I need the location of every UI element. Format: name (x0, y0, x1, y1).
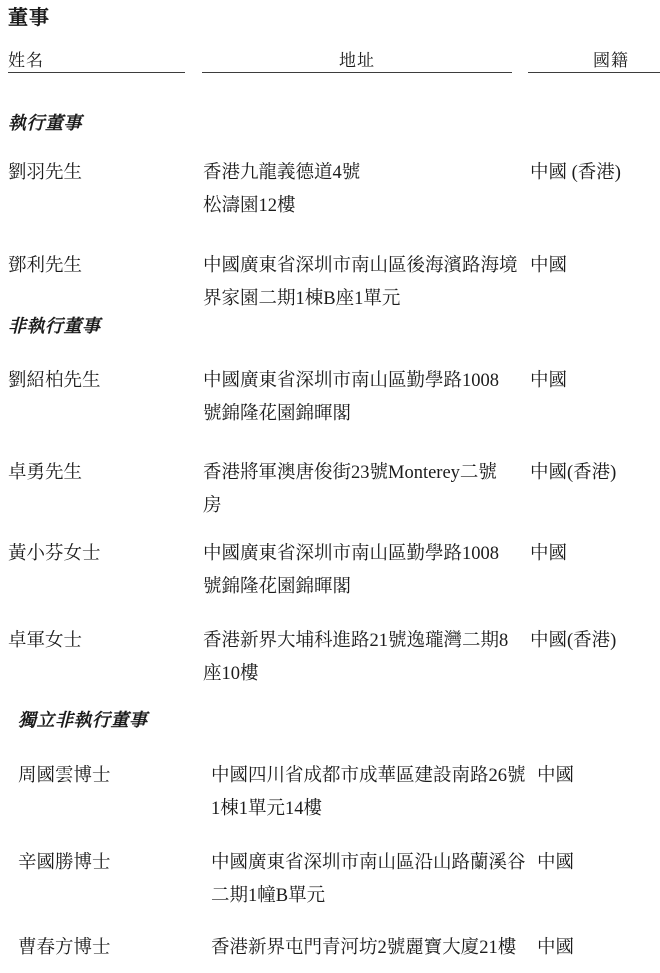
column-header-name-label: 姓名 (8, 51, 44, 70)
column-header-address-label: 地址 (339, 51, 375, 70)
director-name: 鄧利先生 (8, 250, 82, 283)
address-line: 1棟1單元14樓 (211, 793, 531, 826)
director-nationality: 中國(香港) (530, 457, 616, 490)
address-line: 香港新界大埔科進路21號逸瓏灣二期8 (203, 625, 523, 658)
section-heading-executive-directors: 執行董事 (8, 111, 82, 135)
director-address: 中國廣東省深圳市南山區勤學路1008 號錦隆花園錦暉閣 (203, 538, 523, 604)
director-name: 劉羽先生 (8, 157, 82, 190)
address-line: 香港將軍澳唐俊街23號Monterey二號 (203, 457, 523, 490)
director-address: 中國廣東省深圳市南山區勤學路1008 號錦隆花園錦暉閣 (203, 365, 523, 431)
director-nationality: 中國 (537, 932, 574, 965)
director-address: 香港新界大埔科進路21號逸瓏灣二期8 座10樓 (203, 625, 523, 691)
director-nationality: 中國 (530, 250, 567, 283)
director-name: 卓勇先生 (8, 457, 82, 490)
director-nationality: 中國 (530, 365, 567, 398)
address-line: 中國四川省成都市成華區建設南路26號 (211, 760, 531, 793)
address-line: 號錦隆花園錦暉閣 (203, 571, 523, 604)
director-address: 中國四川省成都市成華區建設南路26號 1棟1單元14樓 (211, 760, 531, 826)
director-nationality: 中國(香港) (530, 625, 616, 658)
column-header-nationality-label: 國籍 (593, 51, 629, 70)
director-address: 香港九龍義德道4號 松濤園12樓 (203, 157, 523, 223)
address-line: 中國廣東省深圳市南山區勤學路1008 (203, 538, 523, 571)
address-line: 香港九龍義德道4號 (203, 157, 523, 190)
director-name: 卓軍女士 (8, 625, 82, 658)
director-address: 香港將軍澳唐俊街23號Monterey二號 房 (203, 457, 523, 523)
director-address: 中國廣東省深圳市南山區後海濱路海境 界家園二期1棟B座1單元 (203, 250, 523, 316)
address-line: 號錦隆花園錦暉閣 (203, 398, 523, 431)
address-line: 香港新界屯門青河坊2號麗寶大廈21樓 (211, 932, 531, 965)
address-line: 中國廣東省深圳市南山區後海濱路海境 (203, 250, 523, 283)
column-header-address: 地址 (202, 51, 512, 73)
director-name: 辛國勝博士 (18, 847, 111, 880)
director-name: 曹春方博士 (18, 932, 111, 965)
address-line: 座10樓 (203, 658, 523, 691)
director-name: 劉紹柏先生 (8, 365, 101, 398)
section-heading-non-executive-directors: 非執行董事 (8, 314, 101, 338)
address-line: 房 (203, 490, 523, 523)
address-line: 二期1幢B單元 (211, 880, 531, 913)
address-line: 中國廣東省深圳市南山區勤學路1008 (203, 365, 523, 398)
directors-document-page: 董事 姓名 地址 國籍 執行董事 劉羽先生 香港九龍義德道4號 松濤園12樓 中… (0, 0, 660, 973)
section-heading-independent-non-executive-directors: 獨立非執行董事 (18, 708, 148, 732)
director-address: 中國廣東省深圳市南山區沿山路蘭溪谷 二期1幢B單元 (211, 847, 531, 913)
director-nationality: 中國 (537, 847, 574, 880)
page-title: 董事 (8, 5, 50, 31)
director-name: 黃小芬女士 (8, 538, 101, 571)
director-nationality: 中國 (香港) (530, 157, 621, 190)
address-line: 界家園二期1棟B座1單元 (203, 283, 523, 316)
column-header-nationality: 國籍 (528, 51, 660, 73)
director-nationality: 中國 (537, 760, 574, 793)
address-line: 中國廣東省深圳市南山區沿山路蘭溪谷 (211, 847, 531, 880)
address-line: 松濤園12樓 (203, 190, 523, 223)
director-nationality: 中國 (530, 538, 567, 571)
column-header-name: 姓名 (8, 51, 185, 73)
director-name: 周國雲博士 (18, 760, 111, 793)
director-address: 香港新界屯門青河坊2號麗寶大廈21樓 (211, 932, 531, 965)
